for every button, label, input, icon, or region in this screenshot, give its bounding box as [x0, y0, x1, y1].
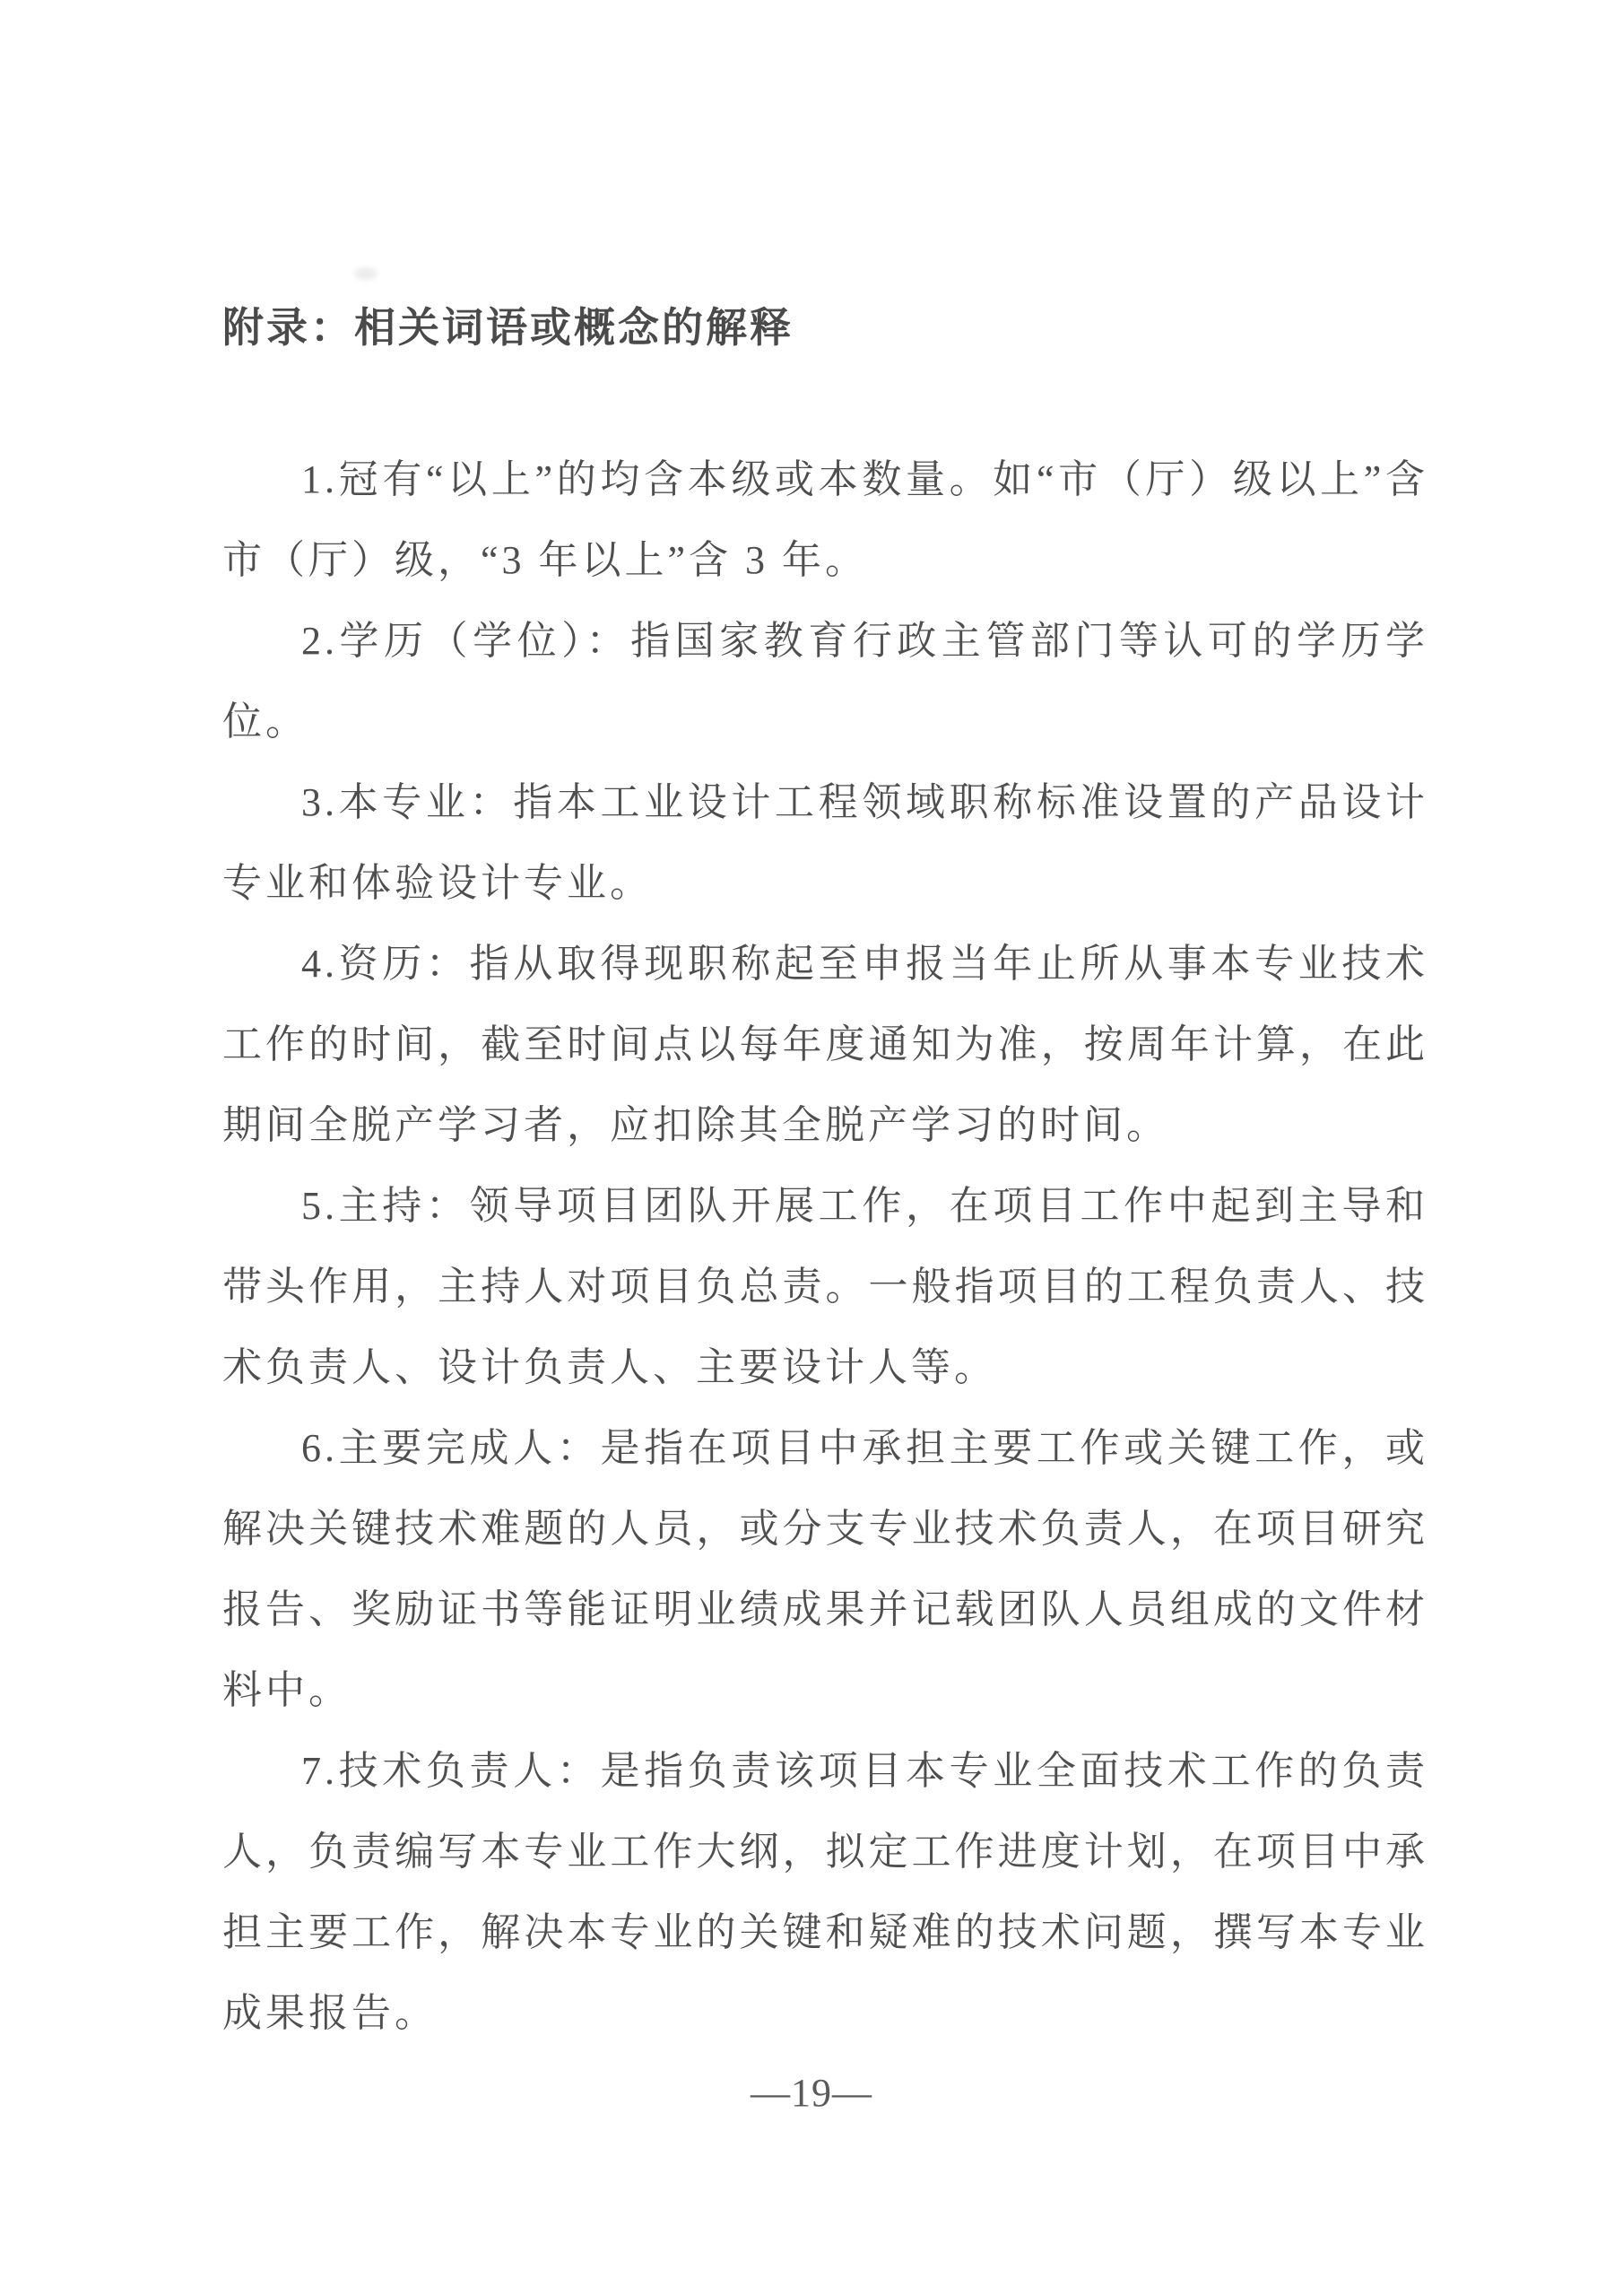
document-page: 附录：相关词语或概念的解释 1.冠有“以上”的均含本级或本数量。如“市（厅）级以…: [0, 0, 1623, 2296]
definition-item-6: 6.主要完成人：是指在项目中承担主要工作或关键工作，或解决关键技术难题的人员，或…: [222, 1408, 1428, 1731]
page-footer: —19—: [0, 2070, 1623, 2116]
appendix-title: 附录：相关词语或概念的解释: [222, 303, 1428, 352]
definition-list: 1.冠有“以上”的均含本级或本数量。如“市（厅）级以上”含市（厅）级，“3 年以…: [222, 439, 1428, 2054]
definition-item-5: 5.主持：领导项目团队开展工作，在项目工作中起到主导和带头作用，主持人对项目负总…: [222, 1166, 1428, 1408]
definition-item-4: 4.资历：指从取得现职称起至申报当年止所从事本专业技术工作的时间，截至时间点以每…: [222, 924, 1428, 1166]
scan-smudge-artifact: [354, 267, 378, 280]
definition-item-3: 3.本专业：指本工业设计工程领域职称标准设置的产品设计专业和体验设计专业。: [222, 762, 1428, 924]
definition-item-2: 2.学历（学位）：指国家教育行政主管部门等认可的学历学位。: [222, 601, 1428, 762]
definition-item-7: 7.技术负责人：是指负责该项目本专业全面技术工作的负责人，负责编写本专业工作大纲…: [222, 1731, 1428, 2054]
document-content: 附录：相关词语或概念的解释 1.冠有“以上”的均含本级或本数量。如“市（厅）级以…: [222, 303, 1428, 2054]
page-number: —19—: [751, 2071, 872, 2115]
definition-item-1: 1.冠有“以上”的均含本级或本数量。如“市（厅）级以上”含市（厅）级，“3 年以…: [222, 439, 1428, 601]
